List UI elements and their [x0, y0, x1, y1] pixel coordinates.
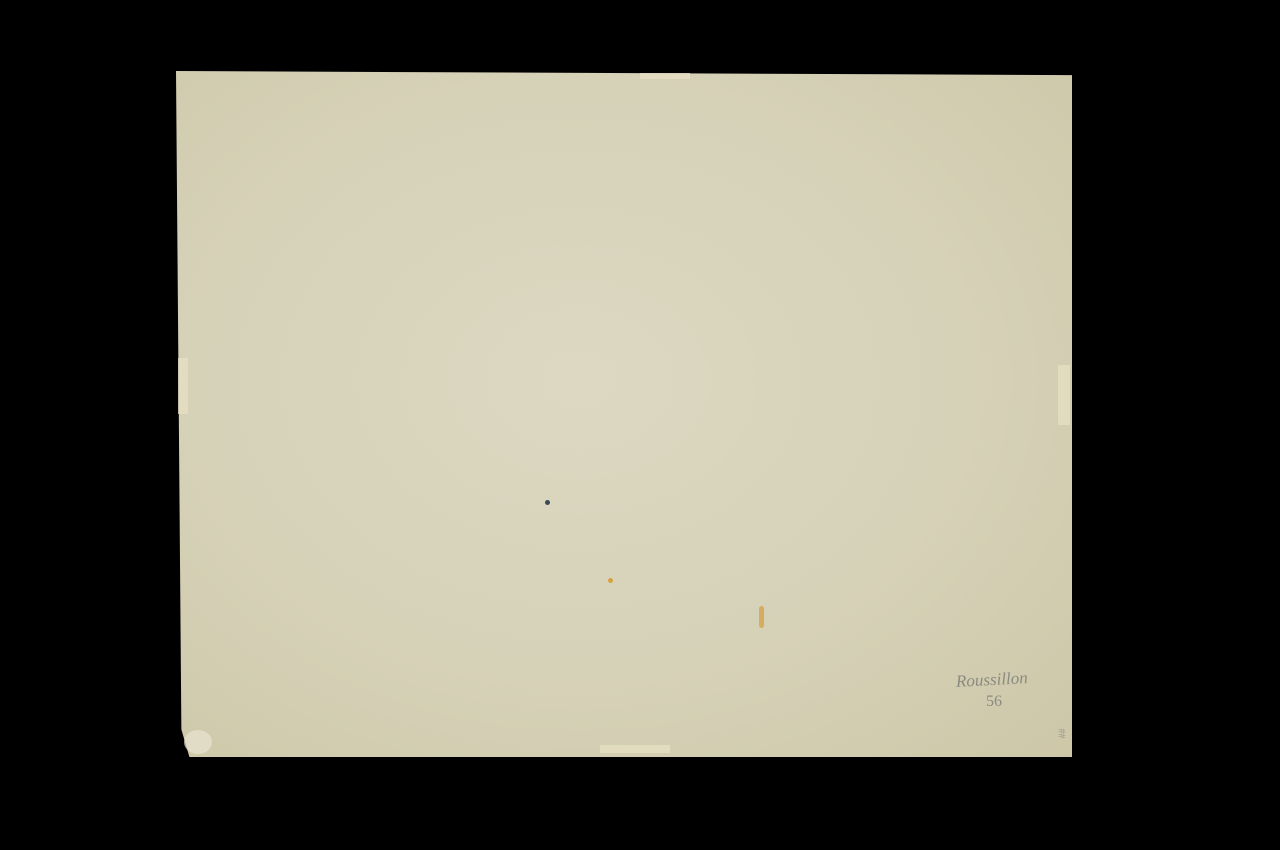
inscription-number: 56 — [986, 693, 1002, 711]
tape-bottom — [600, 745, 670, 753]
corner-wear — [184, 730, 212, 754]
ink-spot — [545, 500, 550, 505]
rust-streak — [759, 606, 764, 628]
inscription-place: Roussillon — [956, 668, 1029, 692]
tape-left — [178, 358, 188, 414]
paper-sheet — [176, 71, 1072, 757]
edge-mark: ## — [1056, 729, 1067, 739]
tape-top — [640, 73, 690, 79]
rust-spot — [608, 578, 613, 583]
tape-right — [1058, 365, 1070, 425]
